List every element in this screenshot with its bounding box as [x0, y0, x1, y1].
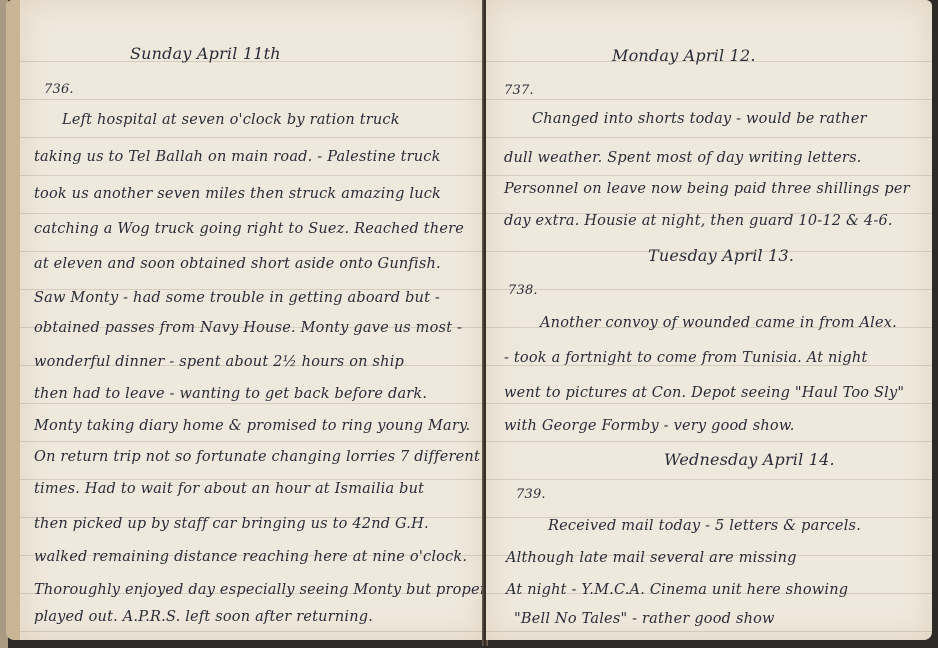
entry-line: then picked up by staff car bringing us … [34, 516, 429, 532]
entry-line: taking us to Tel Ballah on main road. - … [34, 149, 441, 165]
entry-line: with George Formby - very good show. [504, 418, 795, 434]
entry-line: On return trip not so fortunate changing… [34, 449, 480, 465]
entry-line: Although late mail several are missing [506, 550, 797, 566]
entry-line: At night - Y.M.C.A. Cinema unit here sho… [506, 582, 848, 598]
entry-line: - took a fortnight to come from Tunisia.… [504, 350, 867, 366]
entry-line: played out. A.P.R.S. left soon after ret… [34, 609, 373, 625]
entry-line: dull weather. Spent most of day writing … [504, 150, 862, 166]
entry-line: at eleven and soon obtained short aside … [34, 256, 441, 272]
entry-line: Saw Monty - had some trouble in getting … [34, 290, 440, 306]
entry-line: Monty taking diary home & promised to ri… [34, 418, 470, 434]
entry-line: Thoroughly enjoyed day especially seeing… [34, 582, 500, 598]
date-heading-monday: Monday April 12. [612, 46, 756, 65]
entry-number: 736. [44, 82, 74, 97]
entry-number: 737. [504, 83, 534, 98]
entry-number: 739. [516, 487, 546, 502]
entry-line: then had to leave - wanting to get back … [34, 386, 427, 402]
entry-line: Another convoy of wounded came in from A… [540, 315, 897, 331]
date-heading-wednesday: Wednesday April 14. [664, 450, 835, 469]
entry-line: walked remaining distance reaching here … [34, 549, 467, 565]
entry-line: obtained passes from Navy House. Monty g… [34, 320, 462, 336]
entry-line: times. Had to wait for about an hour at … [34, 481, 424, 497]
entry-line: Left hospital at seven o'clock by ration… [62, 112, 400, 128]
diary-spread: Sunday April 11th 736. Left hospital at … [0, 0, 938, 648]
entry-number: 738. [508, 283, 538, 298]
entry-line: wonderful dinner - spent about 2½ hours … [34, 354, 404, 370]
entry-line: Changed into shorts today - would be rat… [532, 111, 867, 127]
entry-line: Received mail today - 5 letters & parcel… [548, 518, 861, 534]
entry-line: took us another seven miles then struck … [34, 186, 441, 202]
date-heading-sunday: Sunday April 11th [130, 44, 281, 63]
date-heading-tuesday: Tuesday April 13. [648, 246, 794, 265]
entry-line: day extra. Housie at night, then guard 1… [504, 213, 893, 229]
entry-line: "Bell No Tales" - rather good show [514, 611, 775, 627]
entry-line: Personnel on leave now being paid three … [504, 181, 910, 197]
entry-line: catching a Wog truck going right to Suez… [34, 221, 464, 237]
entry-line: went to pictures at Con. Depot seeing "H… [504, 385, 904, 401]
